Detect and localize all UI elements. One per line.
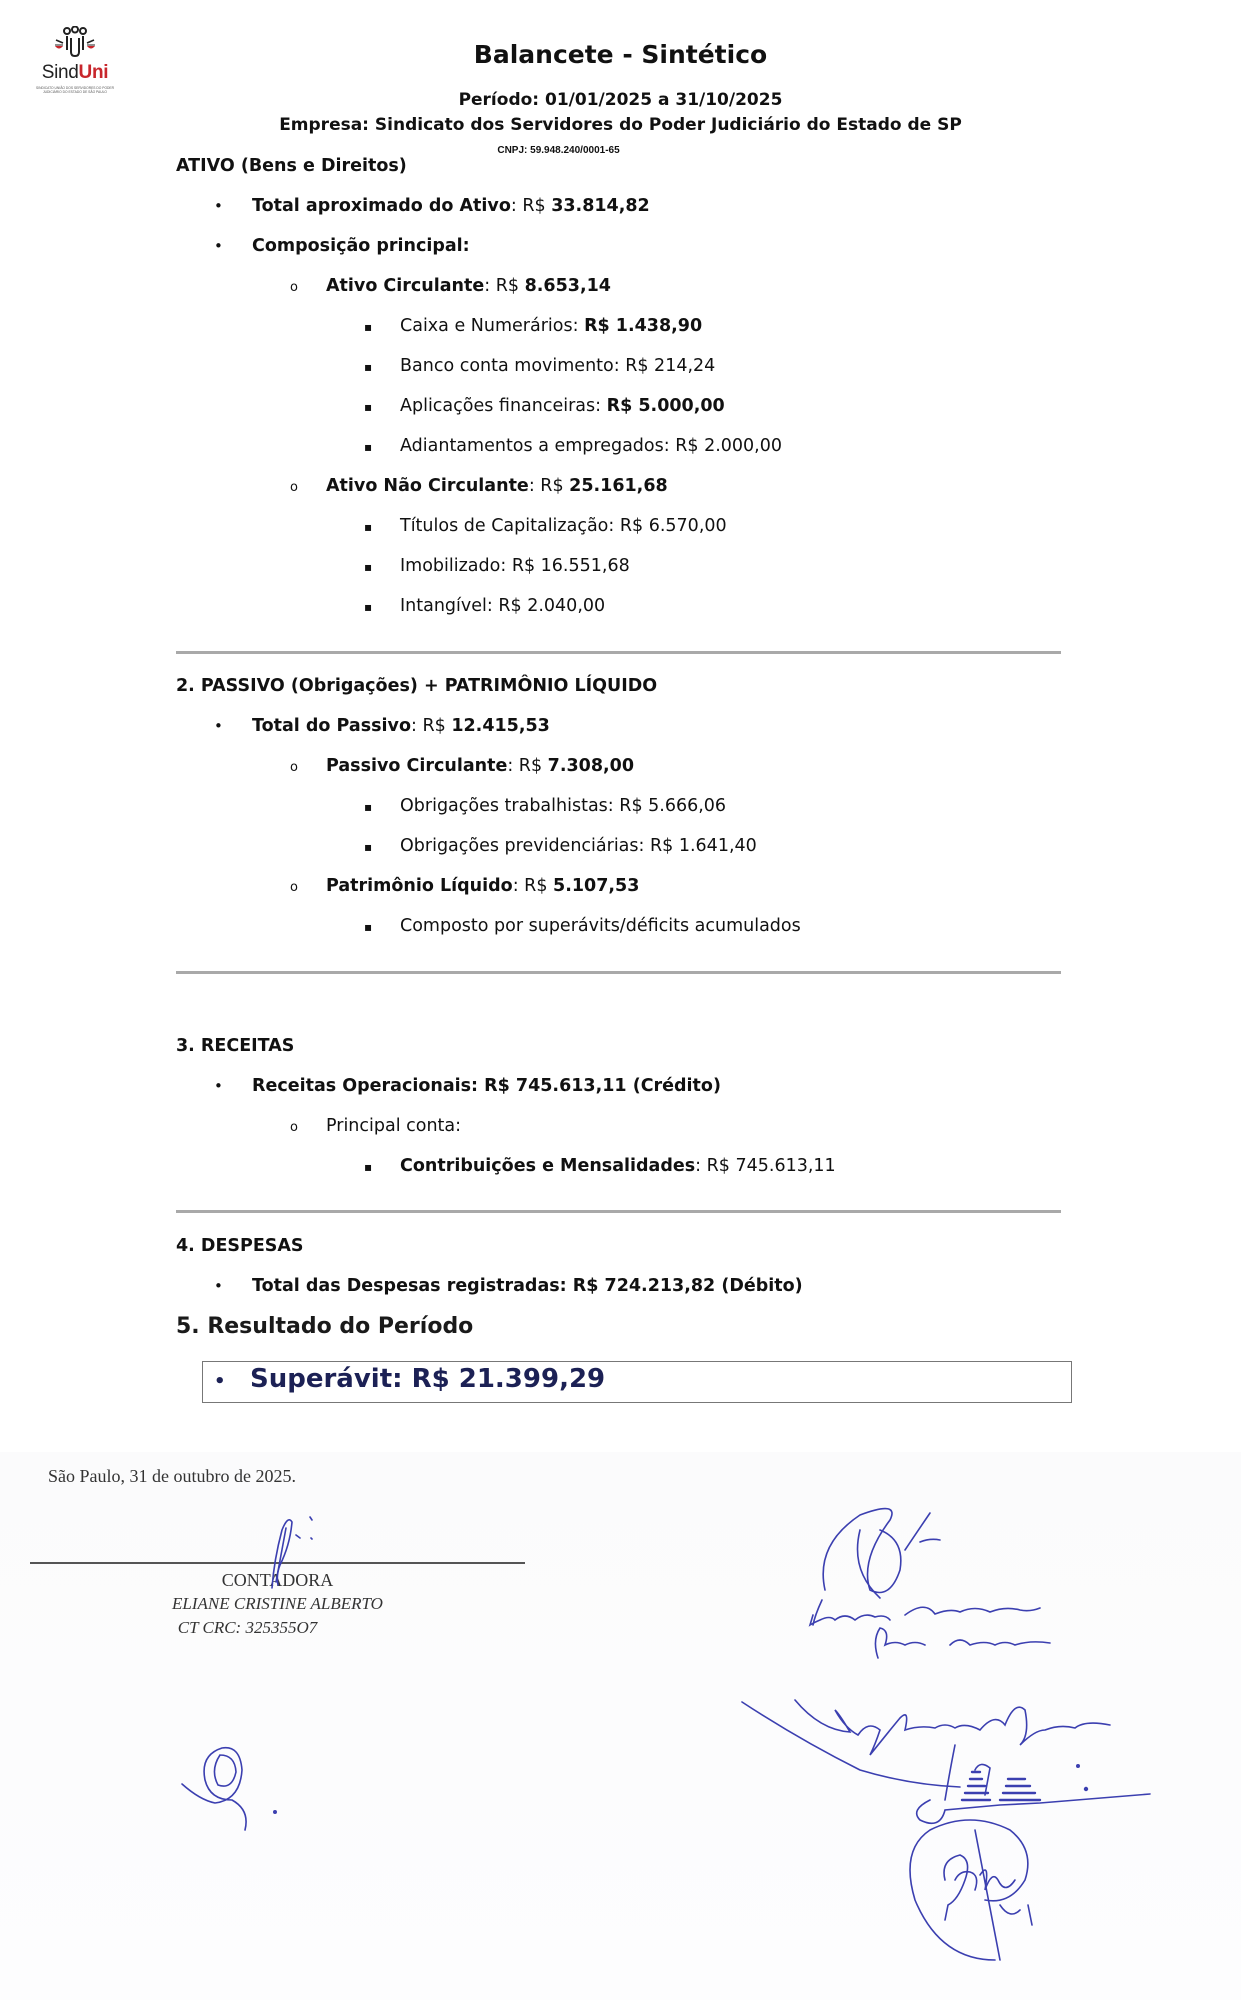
section-divider	[176, 651, 1061, 654]
item-label: Contribuições e Mensalidades	[400, 1156, 695, 1176]
bullet-square-icon: ▪	[364, 320, 400, 334]
item-label: Intangível:	[400, 596, 493, 616]
item-label: Obrigações previdenciárias:	[400, 836, 644, 856]
resultado-heading: 5. Resultado do Período	[176, 1314, 473, 1339]
bullet-square-icon: ▪	[364, 560, 400, 574]
bullet-square-icon: ▪	[364, 840, 400, 854]
passivo-total-label: Total do Passivo	[252, 716, 411, 736]
list-item: ▪Banco conta movimento: R$ 214,24	[364, 356, 715, 376]
list-item: ▪Contribuições e Mensalidades: R$ 745.61…	[364, 1156, 836, 1176]
despesas-total-row: •Total das Despesas registradas: R$ 724.…	[214, 1276, 803, 1296]
list-item: ▪Títulos de Capitalização: R$ 6.570,00	[364, 516, 727, 536]
item-value: R$ 6.570,00	[620, 516, 727, 536]
period-line: Período: 01/01/2025 a 31/10/2025	[0, 90, 1241, 110]
bullet-square-icon: ▪	[364, 520, 400, 534]
bullet-square-icon: ▪	[364, 800, 400, 814]
item-label: Composto por superávits/déficits acumula…	[400, 916, 801, 936]
item-value: R$ 2.040,00	[498, 596, 605, 616]
item-label: Banco conta movimento:	[400, 356, 620, 376]
item-value: R$ 16.551,68	[512, 556, 630, 576]
item-value: R$ 5.666,06	[619, 796, 726, 816]
item-label: Obrigações trabalhistas:	[400, 796, 614, 816]
ativo-nao-circulante-label: Ativo Não Circulante	[326, 476, 529, 496]
item-value: R$ 5.000,00	[607, 396, 725, 416]
passivo-total-row: •Total do Passivo: R$ 12.415,53	[214, 716, 550, 736]
cnpj-text: CNPJ: 59.948.240/0001-65	[497, 145, 619, 156]
bullet-circle-icon: o	[290, 480, 326, 495]
bullet-disc-icon: •	[214, 1371, 250, 1392]
bullet-circle-icon: o	[290, 760, 326, 775]
item-value: R$ 214,24	[625, 356, 715, 376]
item-value: R$ 2.000,00	[675, 436, 782, 456]
receitas-operacionais-text: Receitas Operacionais: R$ 745.613,11 (Cr…	[252, 1076, 721, 1096]
currency: R$	[524, 876, 547, 896]
accountant-role: CONTADORA	[30, 1570, 525, 1591]
item-label: Imobilizado:	[400, 556, 506, 576]
receitas-operacionais-row: •Receitas Operacionais: R$ 745.613,11 (C…	[214, 1076, 721, 1096]
bullet-circle-icon: o	[290, 1120, 326, 1135]
list-item: ▪Caixa e Numerários: R$ 1.438,90	[364, 316, 702, 336]
passivo-circulante-value: 7.308,00	[548, 756, 634, 776]
item-value: R$ 745.613,11	[707, 1156, 836, 1176]
accountant-crc: CT CRC: 325355O7	[0, 1618, 495, 1638]
currency: R$	[522, 196, 545, 216]
composicao-label: Composição principal:	[252, 236, 470, 256]
item-label: Aplicações financeiras:	[400, 396, 601, 416]
principal-conta-label: Principal conta:	[326, 1116, 461, 1136]
bullet-circle-icon: o	[290, 880, 326, 895]
ativo-total-label: Total aproximado do Ativo	[252, 196, 511, 216]
item-value: R$ 1.641,40	[650, 836, 757, 856]
composicao-row: •Composição principal:	[214, 236, 470, 256]
ativo-circulante-label: Ativo Circulante	[326, 276, 484, 296]
list-item: ▪Intangível: R$ 2.040,00	[364, 596, 605, 616]
section-divider	[176, 1210, 1061, 1213]
ativo-circulante-value: 8.653,14	[525, 276, 611, 296]
bullet-square-icon: ▪	[364, 400, 400, 414]
currency: R$	[519, 756, 542, 776]
passivo-total-value: 12.415,53	[451, 716, 550, 736]
bullet-disc-icon: •	[214, 717, 252, 735]
item-label: Títulos de Capitalização:	[400, 516, 614, 536]
list-item: ▪Imobilizado: R$ 16.551,68	[364, 556, 630, 576]
list-item: ▪Obrigações previdenciárias: R$ 1.641,40	[364, 836, 757, 856]
patrimonio-label: Patrimônio Líquido	[326, 876, 513, 896]
cnpj-line: CNPJ: 59.948.240/0001-65	[0, 145, 1241, 156]
principal-conta-row: oPrincipal conta:	[290, 1116, 461, 1136]
ativo-total-row: •Total aproximado do Ativo: R$ 33.814,82	[214, 196, 650, 216]
list-item: ▪Aplicações financeiras: R$ 5.000,00	[364, 396, 725, 416]
receitas-heading: 3. RECEITAS	[176, 1036, 294, 1056]
bullet-disc-icon: •	[214, 197, 252, 215]
passivo-circulante-label: Passivo Circulante	[326, 756, 507, 776]
patrimonio-row: oPatrimônio Líquido: R$ 5.107,53	[290, 876, 639, 896]
ativo-nao-circulante-value: 25.161,68	[569, 476, 668, 496]
ativo-heading: ATIVO (Bens e Direitos)	[176, 156, 407, 176]
place-date: São Paulo, 31 de outubro de 2025.	[48, 1466, 296, 1487]
bullet-square-icon: ▪	[364, 920, 400, 934]
document-title: Balancete - Sintético	[0, 40, 1241, 69]
ativo-nao-circulante-row: oAtivo Não Circulante: R$ 25.161,68	[290, 476, 668, 496]
bullet-square-icon: ▪	[364, 440, 400, 454]
item-value: R$ 1.438,90	[584, 316, 702, 336]
bullet-square-icon: ▪	[364, 600, 400, 614]
section-divider	[176, 971, 1061, 974]
list-item: ▪Adiantamentos a empregados: R$ 2.000,00	[364, 436, 782, 456]
bullet-disc-icon: •	[214, 237, 252, 255]
bullet-disc-icon: •	[214, 1077, 252, 1095]
passivo-heading: 2. PASSIVO (Obrigações) + PATRIMÔNIO LÍQ…	[176, 676, 657, 696]
list-item: ▪Composto por superávits/déficits acumul…	[364, 916, 801, 936]
bullet-circle-icon: o	[290, 280, 326, 295]
currency: R$	[422, 716, 445, 736]
currency: R$	[496, 276, 519, 296]
patrimonio-value: 5.107,53	[553, 876, 639, 896]
passivo-circulante-row: oPassivo Circulante: R$ 7.308,00	[290, 756, 634, 776]
despesas-total-text: Total das Despesas registradas: R$ 724.2…	[252, 1276, 803, 1296]
superavit-text: Superávit: R$ 21.399,29	[250, 1364, 605, 1394]
bullet-disc-icon: •	[214, 1277, 252, 1295]
item-label: Adiantamentos a empregados:	[400, 436, 670, 456]
list-item: ▪Obrigações trabalhistas: R$ 5.666,06	[364, 796, 726, 816]
ativo-circulante-row: oAtivo Circulante: R$ 8.653,14	[290, 276, 611, 296]
item-label: Caixa e Numerários:	[400, 316, 578, 336]
bullet-square-icon: ▪	[364, 360, 400, 374]
currency: R$	[540, 476, 563, 496]
ativo-total-value: 33.814,82	[551, 196, 650, 216]
signature-line	[30, 1562, 525, 1564]
scanned-signature-section	[0, 1452, 1241, 2000]
accountant-name: ELIANE CRISTINE ALBERTO	[30, 1594, 525, 1614]
bullet-square-icon: ▪	[364, 1160, 400, 1174]
superavit-row: •Superávit: R$ 21.399,29	[214, 1364, 605, 1394]
company-line: Empresa: Sindicato dos Servidores do Pod…	[0, 115, 1241, 135]
despesas-heading: 4. DESPESAS	[176, 1236, 304, 1256]
